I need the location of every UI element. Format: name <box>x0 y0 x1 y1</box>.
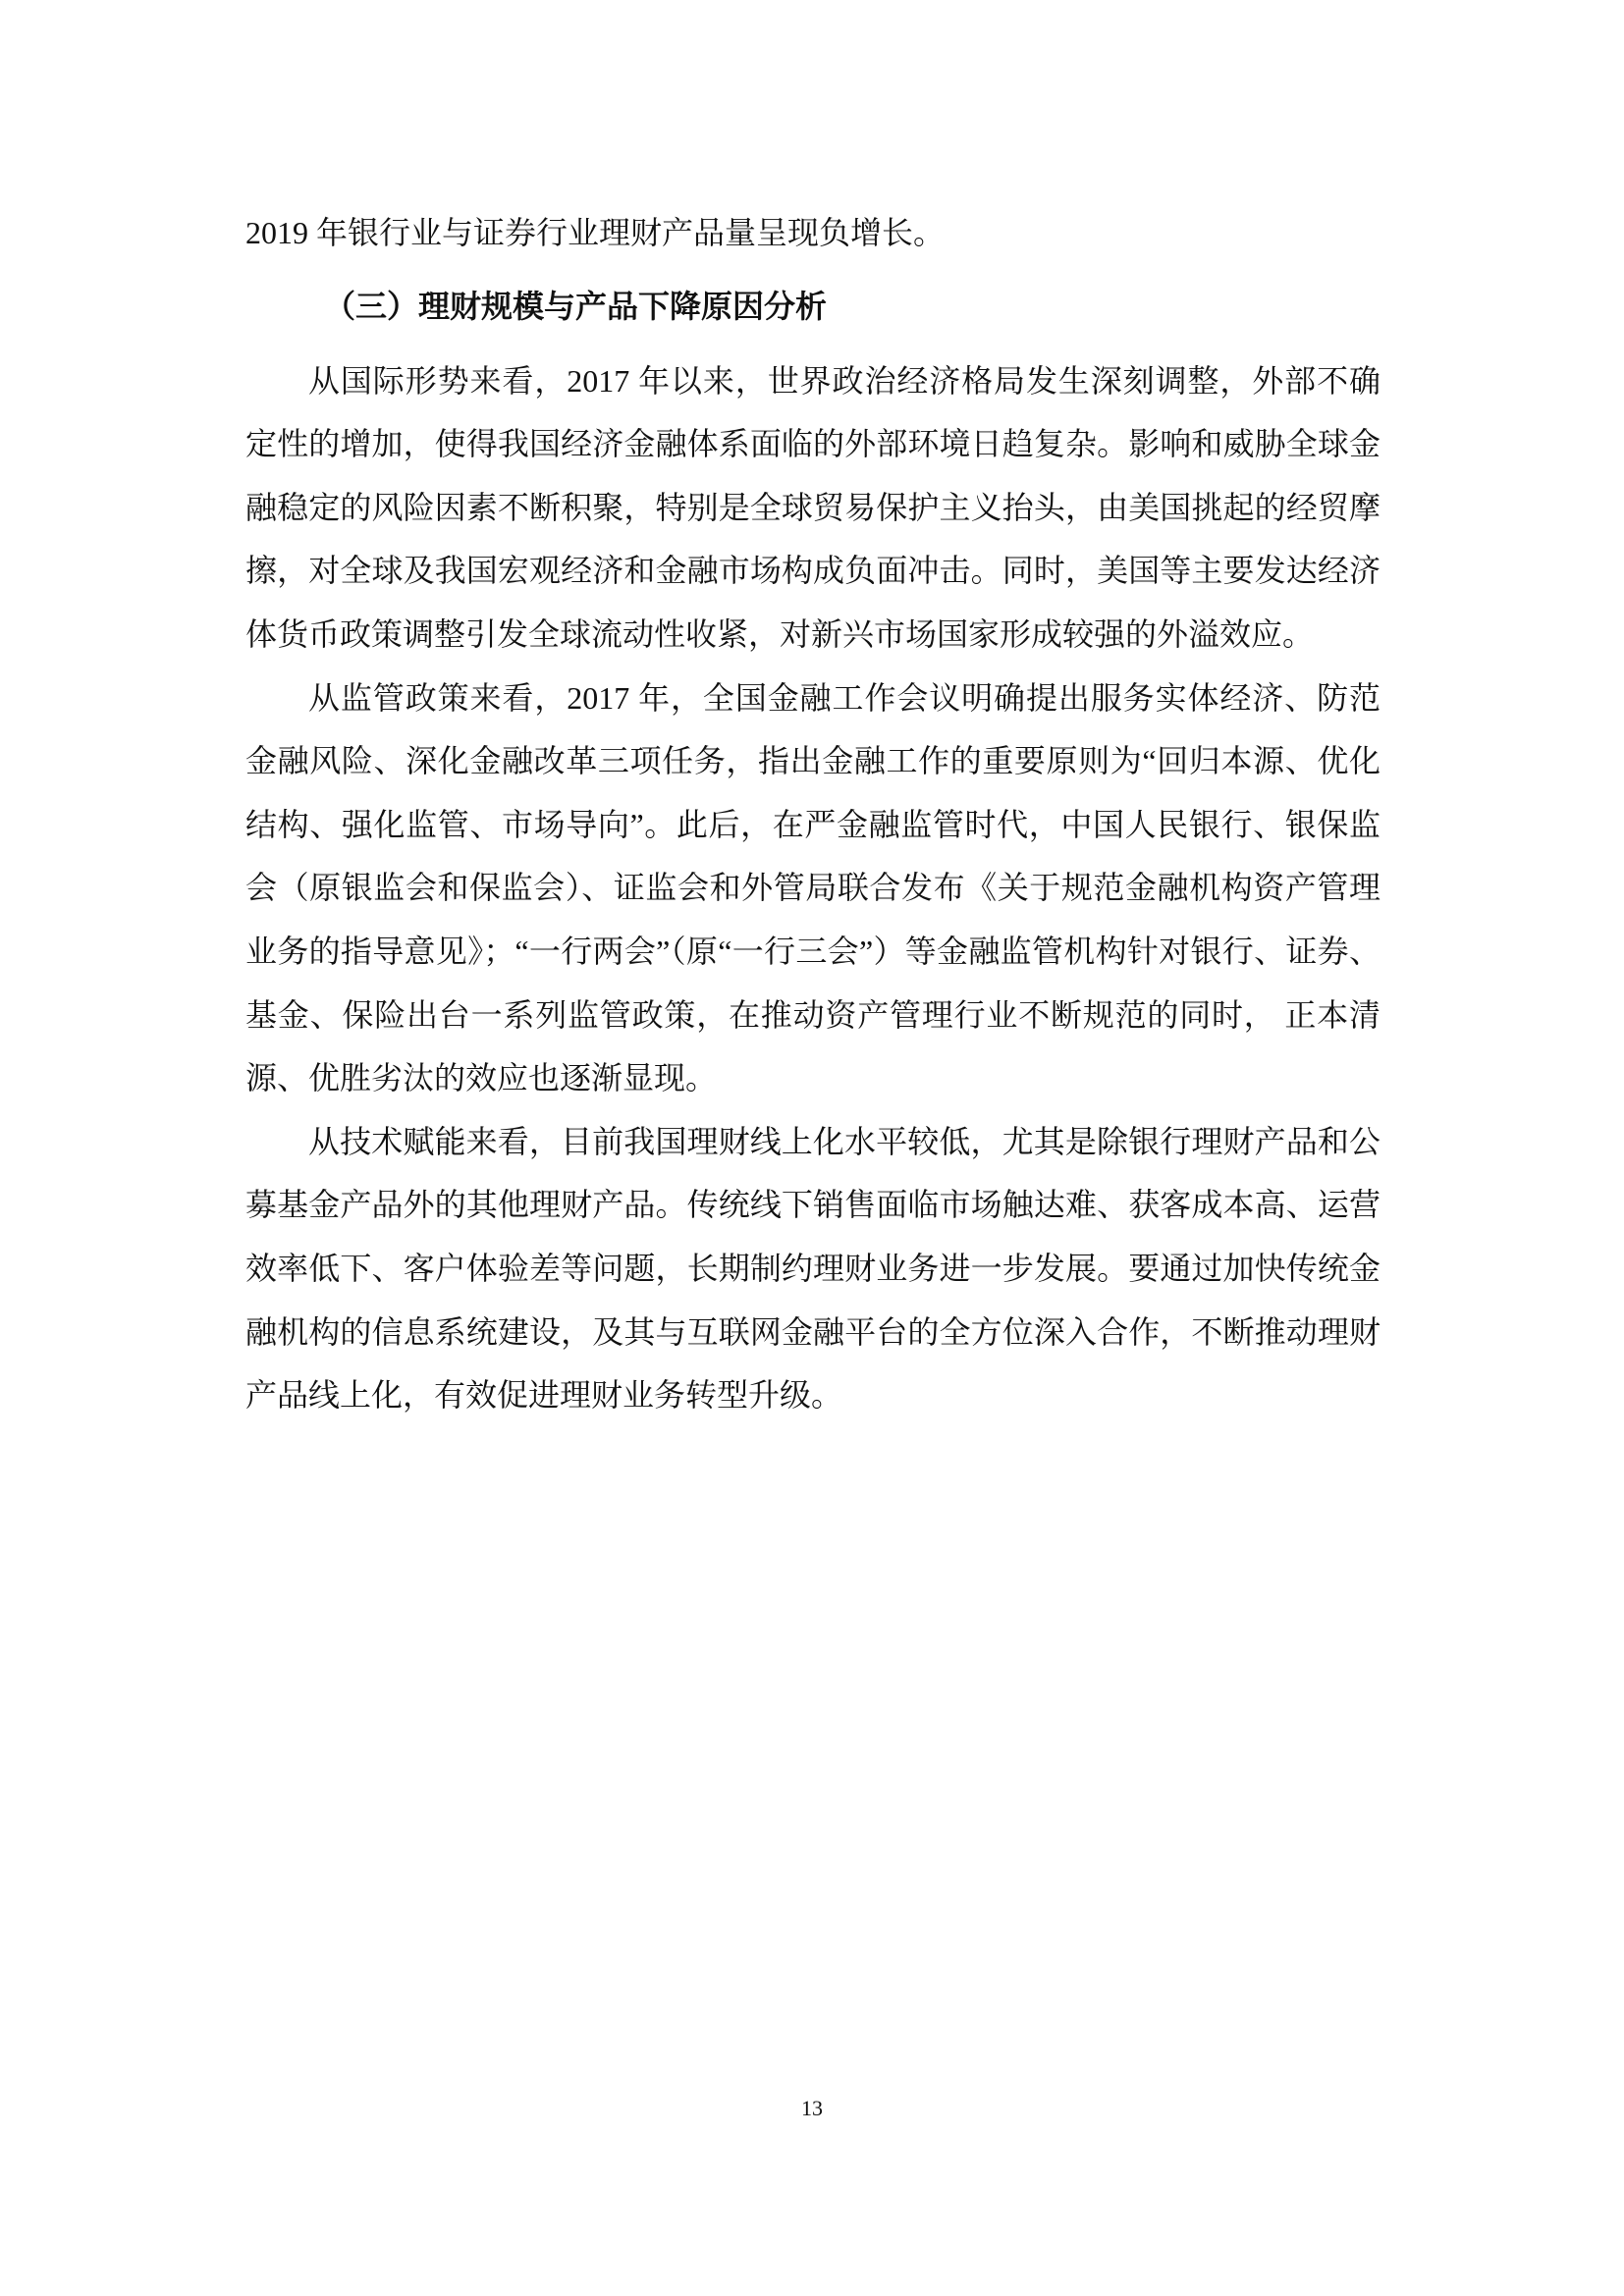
body-text: 2019 年银行业与证券行业理财产品量呈现负增长。 （三）理财规模与产品下降原因… <box>245 201 1380 1427</box>
paragraph-international-situation: 从国际形势来看，2017 年以来，世界政治经济格局发生深刻调整，外部不确定性的增… <box>245 349 1380 667</box>
document-page: 2019 年银行业与证券行业理财产品量呈现负增长。 （三）理财规模与产品下降原因… <box>0 0 1624 2296</box>
continuation-line: 2019 年银行业与证券行业理财产品量呈现负增长。 <box>245 201 1380 265</box>
page-number: 13 <box>0 2095 1624 2122</box>
paragraph-technology-empowerment: 从技术赋能来看，目前我国理财线上化水平较低，尤其是除银行理财产品和公募基金产品外… <box>245 1110 1380 1427</box>
paragraph-regulatory-policy: 从监管政策来看，2017 年，全国金融工作会议明确提出服务实体经济、防范金融风险… <box>245 667 1380 1110</box>
section-heading: （三）理财规模与产品下降原因分析 <box>245 283 1380 330</box>
